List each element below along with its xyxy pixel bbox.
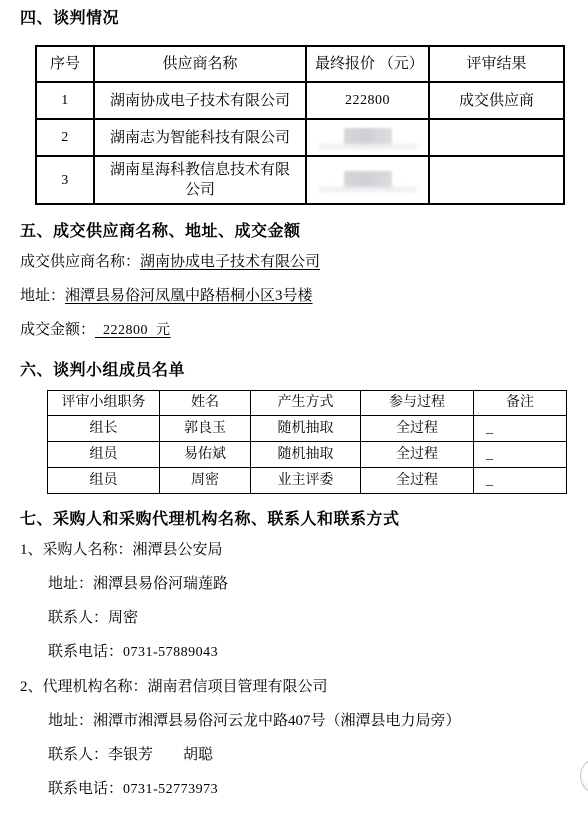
purchaser-phone-label: 联系电话：	[48, 644, 123, 660]
col-header-result: 评审结果	[429, 46, 564, 82]
table-row: 1 湖南协成电子技术有限公司 222800 成交供应商	[36, 82, 564, 119]
agency-name-line: 2、代理机构名称：湖南君信项目管理有限公司	[20, 677, 588, 697]
table-row: 2 湖南志为智能科技有限公司	[36, 119, 564, 156]
cell-price	[306, 156, 429, 204]
cell-no: 1	[36, 82, 94, 119]
table-row: 3 湖南星海科教信息技术有限公司	[36, 156, 564, 204]
cell-result	[429, 119, 564, 156]
col-header-no: 序号	[36, 46, 94, 82]
purchaser-name-line: 1、采购人名称：湘潭县公安局	[20, 540, 588, 560]
cell-result: 成交供应商	[429, 82, 564, 119]
winner-supplier-line: 成交供应商名称：湖南协成电子技术有限公司	[20, 252, 588, 272]
winner-address-value: 湘潭县易俗河凤凰中路梧桐小区3号楼	[65, 288, 313, 304]
agency-contact-line: 联系人：李银芳 胡聪	[48, 745, 588, 765]
purchaser-phone-line: 联系电话：0731-57889043	[48, 642, 588, 662]
cell-price	[306, 119, 429, 156]
cell-role: 组员	[48, 442, 160, 468]
agency-phone-line: 联系电话：0731-52773973	[48, 779, 588, 799]
winner-supplier-label: 成交供应商名称：	[20, 254, 140, 270]
winner-amount-value: 222800 元	[95, 323, 171, 338]
table-row: 组员 周密 业主评委 全过程 _	[48, 468, 567, 494]
redacted-price-blur	[344, 128, 392, 145]
cell-role: 组长	[48, 416, 160, 442]
cell-supplier: 湖南协成电子技术有限公司	[94, 82, 306, 119]
agency-phone-label: 联系电话：	[48, 781, 123, 797]
winner-amount-label: 成交金额：	[20, 322, 95, 338]
agency-address-line: 地址：湘潭市湘潭县易俗河云龙中路407号（湘潭县电力局旁）	[48, 711, 588, 731]
table-row: 组长 郭良玉 随机抽取 全过程 _	[48, 416, 567, 442]
cell-name: 郭良玉	[160, 416, 251, 442]
col-header-final-price: 最终报价 （元）	[306, 46, 429, 82]
cell-name: 易佑斌	[160, 442, 251, 468]
document-page: 四、谈判情况 序号 供应商名称 最终报价 （元） 评审结果 1 湖南协成电子技术…	[0, 8, 588, 799]
col-header-method: 产生方式	[251, 391, 361, 416]
winner-amount-line: 成交金额： 222800 元	[20, 320, 588, 340]
cell-method: 随机抽取	[251, 442, 361, 468]
cell-remark: _	[474, 468, 567, 494]
cell-price: 222800	[306, 82, 429, 119]
section-panel-title: 六、谈判小组成员名单	[20, 360, 588, 381]
col-header-name: 姓名	[160, 391, 251, 416]
section-winner-title: 五、成交供应商名称、地址、成交金额	[20, 221, 588, 242]
negotiation-panel-table: 评审小组职务 姓名 产生方式 参与过程 备注 组长 郭良玉 随机抽取 全过程 _…	[47, 390, 567, 494]
section-contacts-title: 七、采购人和采购代理机构名称、联系人和联系方式	[20, 509, 588, 530]
cell-no: 3	[36, 156, 94, 204]
cell-role: 组员	[48, 468, 160, 494]
purchaser-phone-value: 0731-57889043	[123, 645, 218, 660]
table-header-row: 序号 供应商名称 最终报价 （元） 评审结果	[36, 46, 564, 82]
col-header-remark: 备注	[474, 391, 567, 416]
cell-remark: _	[474, 442, 567, 468]
section-negotiation-title: 四、谈判情况	[20, 8, 588, 29]
table-header-row: 评审小组职务 姓名 产生方式 参与过程 备注	[48, 391, 567, 416]
cell-remark: _	[474, 416, 567, 442]
cell-method: 业主评委	[251, 468, 361, 494]
col-header-process: 参与过程	[361, 391, 474, 416]
cell-supplier: 湖南星海科教信息技术有限公司	[94, 156, 306, 204]
cell-result	[429, 156, 564, 204]
winner-address-line: 地址：湘潭县易俗河凤凰中路梧桐小区3号楼	[20, 286, 588, 306]
col-header-supplier: 供应商名称	[94, 46, 306, 82]
cell-supplier: 湖南志为智能科技有限公司	[94, 119, 306, 156]
purchaser-contact-line: 联系人：周密	[48, 608, 588, 628]
col-header-role: 评审小组职务	[48, 391, 160, 416]
winner-address-label: 地址：	[20, 288, 65, 304]
cell-no: 2	[36, 119, 94, 156]
cell-process: 全过程	[361, 442, 474, 468]
table-row: 组员 易佑斌 随机抽取 全过程 _	[48, 442, 567, 468]
cell-process: 全过程	[361, 416, 474, 442]
cell-method: 随机抽取	[251, 416, 361, 442]
winner-supplier-value: 湖南协成电子技术有限公司	[140, 254, 320, 270]
cell-process: 全过程	[361, 468, 474, 494]
agency-phone-value: 0731-52773973	[123, 782, 218, 797]
negotiation-results-table: 序号 供应商名称 最终报价 （元） 评审结果 1 湖南协成电子技术有限公司 22…	[35, 45, 565, 205]
cell-name: 周密	[160, 468, 251, 494]
redacted-price-blur	[344, 171, 392, 188]
purchaser-address-line: 地址：湘潭县易俗河瑞莲路	[48, 574, 588, 594]
